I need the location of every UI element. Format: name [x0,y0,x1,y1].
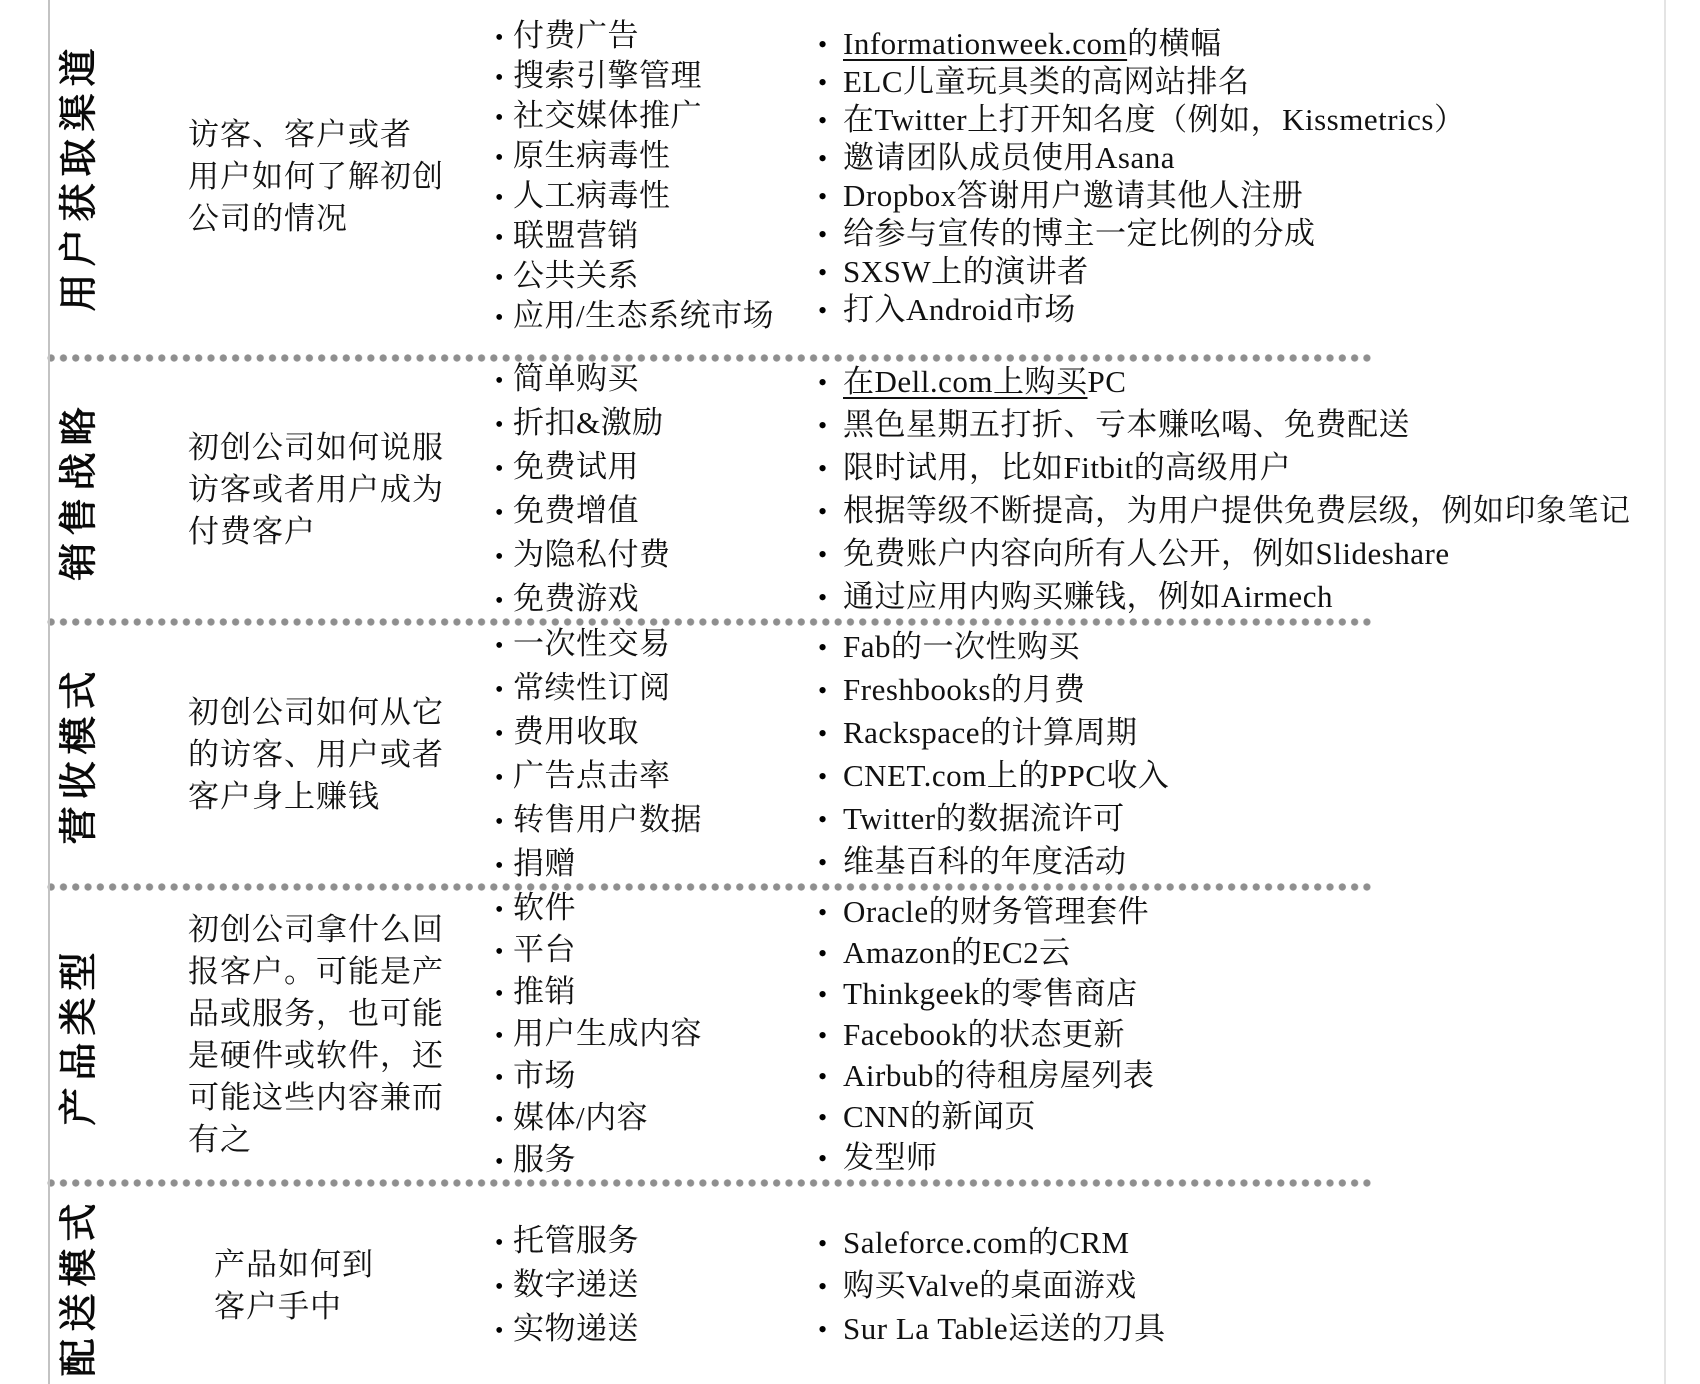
example-list: •Saleforce.com的CRM•购买Valve的桌面游戏•Sur La T… [818,1222,1700,1351]
bullet-icon: • [495,100,513,137]
bullet-icon: • [495,360,513,402]
example-item: •CNN的新闻页 [818,1097,1700,1138]
row-description: 初创公司如何从它 的访客、用户或者 客户身上赚钱 [188,692,495,818]
bullet-icon: • [495,625,513,667]
category-item: •付费广告 [495,17,818,57]
category-text: 人工病毒性 [513,178,671,213]
bullet-icon: • [818,1057,843,1097]
category-item: •免费试用 [495,446,818,490]
bullet-icon: • [818,756,843,798]
bullet-icon: • [818,178,843,215]
category-text: 应用/生态系统市场 [513,298,774,333]
example-item: •CNET.com上的PPC收入 [818,755,1700,798]
bullet-icon: • [495,1058,513,1098]
row-description: 访客、客户或者 用户如何了解初创 公司的情况 [188,114,495,240]
category-text: 付费广告 [513,18,639,53]
category-text: 软件 [513,890,576,925]
example-text-segment: Facebook的状态更新 [843,1017,1125,1052]
row-vertical-label: 配送模式 [48,1196,103,1376]
bullet-icon: • [818,254,843,291]
category-item: •转售用户数据 [495,799,818,843]
bullet-icon: • [495,180,513,217]
example-text-segment: 在Twitter上打开知名度（例如，Kissmetrics） [843,102,1465,137]
table-row-acquisition: 用户获取渠道 访客、客户或者 用户如何了解初创 公司的情况 •付费广告•搜索引擎… [0,0,1700,353]
category-text: 费用收取 [513,714,639,749]
bullet-icon: • [818,405,843,447]
bullet-icon: • [818,216,843,253]
example-text-segment: 免费账户内容向所有人公开，例如Slideshare [843,536,1450,571]
category-item: •服务 [495,1140,818,1182]
example-text-segment: Thinkgeek的零售商店 [843,976,1138,1011]
category-list: •付费广告•搜索引擎管理•社交媒体推广•原生病毒性•人工病毒性•联盟营销•公共关… [495,17,818,337]
example-item: •Oracle的财务管理套件 [818,892,1700,933]
category-text: 媒体/内容 [513,1100,648,1135]
category-list: •一次性交易•常续性订阅•费用收取•广告点击率•转售用户数据•捐赠 [495,623,818,887]
bullet-icon: • [495,1266,513,1308]
bullet-icon: • [818,1309,843,1351]
bullet-icon: • [495,974,513,1014]
category-text: 实物递送 [513,1311,639,1346]
row-vertical-label: 营收模式 [48,664,103,844]
bullet-icon: • [818,713,843,755]
bullet-icon: • [818,1016,843,1056]
bullet-icon: • [495,845,513,887]
bullet-icon: • [495,448,513,490]
bullet-icon: • [495,1100,513,1140]
category-item: •常续性订阅 [495,667,818,711]
example-text-segment: Rackspace的计算周期 [843,715,1138,750]
example-item: •在Twitter上打开知名度（例如，Kissmetrics） [818,101,1700,139]
category-text: 免费增值 [513,493,639,528]
row-vertical-label: 用户获取渠道 [48,41,103,311]
bullet-icon: • [495,890,513,930]
category-item: •免费游戏 [495,578,818,622]
category-item: •广告点击率 [495,755,818,799]
example-text-segment: PC [1088,364,1127,399]
bullet-icon: • [818,1223,843,1265]
category-text: 常续性订阅 [513,670,671,705]
example-text-segment: CNET.com上的PPC收入 [843,758,1169,793]
bullet-icon: • [818,627,843,669]
bullet-icon: • [818,64,843,101]
row-description: 产品如何到 客户手中 [188,1244,495,1328]
category-text: 托管服务 [513,1223,639,1258]
category-text: 平台 [513,932,576,967]
category-text: 为隐私付费 [513,537,671,572]
row-description: 初创公司如何说服 访客或者用户成为 付费客户 [188,427,495,553]
bullet-icon: • [818,362,843,404]
bullet-icon: • [495,713,513,755]
category-text: 广告点击率 [513,758,671,793]
category-text: 捐赠 [513,846,576,881]
bullet-icon: • [818,1098,843,1138]
category-text: 社交媒体推广 [513,98,702,133]
example-item: •邀请团队成员使用Asana [818,139,1700,177]
bullet-icon: • [495,1016,513,1056]
bullet-icon: • [818,1139,843,1179]
row-description: 初创公司拿什么回 报客户。可能是产 品或服务，也可能 是硬件或软件，还 可能这些… [188,909,495,1161]
category-text: 用户生成内容 [513,1016,702,1051]
example-text-segment: 黑色星期五打折、亏本赚吆喝、免费配送 [843,407,1410,442]
example-item: •给参与宣传的博主一定比例的分成 [818,215,1700,253]
table-row-delivery: 配送模式 产品如何到 客户手中 •托管服务•数字递送•实物递送 •Salefor… [0,1188,1700,1384]
example-item: •免费账户内容向所有人公开，例如Slideshare [818,533,1700,576]
example-item: •Rackspace的计算周期 [818,712,1700,755]
example-text-segment: Informationweek.com [843,26,1127,61]
example-item: •发型师 [818,1138,1700,1179]
category-item: •平台 [495,930,818,972]
example-text-segment: 打入Android市场 [843,292,1076,327]
category-item: •应用/生态系统市场 [495,297,818,337]
category-item: •费用收取 [495,711,818,755]
example-text-segment: 在Dell.com上购买 [843,364,1088,399]
example-item: •ELC儿童玩具类的高网站排名 [818,63,1700,101]
example-text-segment: Freshbooks的月费 [843,672,1085,707]
row-vertical-label: 销售战略 [48,400,103,580]
category-item: •托管服务 [495,1220,818,1264]
example-text-segment: Dropbox答谢用户邀请其他人注册 [843,178,1303,213]
category-item: •为隐私付费 [495,534,818,578]
category-text: 免费游戏 [513,581,639,616]
example-text-segment: SXSW上的演讲者 [843,254,1089,289]
category-list: •软件•平台•推销•用户生成内容•市场•媒体/内容•服务 [495,888,818,1182]
example-item: •Thinkgeek的零售商店 [818,974,1700,1015]
bullet-icon: • [495,1222,513,1264]
example-item: •Airbub的待租房屋列表 [818,1056,1700,1097]
category-item: •推销 [495,972,818,1014]
bullet-icon: • [818,799,843,841]
example-item: •Freshbooks的月费 [818,669,1700,712]
bullet-icon: • [818,975,843,1015]
example-item: •Informationweek.com的横幅 [818,25,1700,63]
bullet-icon: • [495,801,513,843]
example-text-segment: 通过应用内购买赚钱，例如Airmech [843,579,1333,614]
example-text-segment: 邀请团队成员使用Asana [843,140,1175,175]
example-text-segment: Fab的一次性购买 [843,629,1080,664]
example-text-segment: 的横幅 [1127,26,1222,61]
bullet-icon: • [818,491,843,533]
example-item: •通过应用内购买赚钱，例如Airmech [818,576,1700,619]
category-item: •折扣&激励 [495,402,818,446]
bullet-icon: • [818,893,843,933]
bullet-icon: • [495,60,513,97]
example-item: •Facebook的状态更新 [818,1015,1700,1056]
example-list: •Informationweek.com的横幅•ELC儿童玩具类的高网站排名•在… [818,25,1700,329]
category-item: •简单购买 [495,358,818,402]
category-item: •媒体/内容 [495,1098,818,1140]
category-text: 搜索引擎管理 [513,58,702,93]
example-item: •打入Android市场 [818,291,1700,329]
bullet-icon: • [495,669,513,711]
example-text-segment: 限时试用，比如Fitbit的高级用户 [843,450,1291,485]
bullet-icon: • [495,260,513,297]
example-item: •维基百科的年度活动 [818,841,1700,884]
example-item: •限时试用，比如Fitbit的高级用户 [818,447,1700,490]
example-list: •Fab的一次性购买•Freshbooks的月费•Rackspace的计算周期•… [818,626,1700,884]
example-item: •根据等级不断提高，为用户提供免费层级，例如印象笔记 [818,490,1700,533]
category-text: 市场 [513,1058,576,1093]
bullet-icon: • [818,670,843,712]
example-item: •Dropbox答谢用户邀请其他人注册 [818,177,1700,215]
bullet-icon: • [818,577,843,619]
bullet-icon: • [495,932,513,972]
table-body: 用户获取渠道 访客、客户或者 用户如何了解初创 公司的情况 •付费广告•搜索引擎… [0,0,1700,1384]
example-item: •Saleforce.com的CRM [818,1222,1700,1265]
example-list: •Oracle的财务管理套件•Amazon的EC2云•Thinkgeek的零售商… [818,892,1700,1179]
category-item: •公共关系 [495,257,818,297]
example-item: •Amazon的EC2云 [818,933,1700,974]
table-row-product: 产品类型 初创公司拿什么回 报客户。可能是产 品或服务，也可能 是硬件或软件，还… [0,892,1700,1178]
table-row-sales: 销售战略 初创公司如何说服 访客或者用户成为 付费客户 •简单购买•折扣&激励•… [0,363,1700,617]
bullet-icon: • [818,934,843,974]
category-text: 服务 [513,1142,576,1177]
category-list: •简单购买•折扣&激励•免费试用•免费增值•为隐私付费•免费游戏 [495,358,818,622]
bullet-icon: • [818,842,843,884]
example-text-segment: Sur La Table运送的刀具 [843,1311,1166,1346]
category-text: 一次性交易 [513,626,671,661]
category-item: •软件 [495,888,818,930]
bullet-icon: • [495,20,513,57]
category-text: 推销 [513,974,576,1009]
bullet-icon: • [495,220,513,257]
bullet-icon: • [818,26,843,63]
category-item: •用户生成内容 [495,1014,818,1056]
example-list: •在Dell.com上购买PC•黑色星期五打折、亏本赚吆喝、免费配送•限时试用，… [818,361,1700,619]
example-item: •Sur La Table运送的刀具 [818,1308,1700,1351]
bullet-icon: • [495,1142,513,1182]
category-item: •免费增值 [495,490,818,534]
category-text: 转售用户数据 [513,802,702,837]
bullet-icon: • [818,448,843,490]
category-text: 原生病毒性 [513,138,671,173]
example-item: •SXSW上的演讲者 [818,253,1700,291]
bullet-icon: • [495,140,513,177]
scanned-table-page: 用户获取渠道 访客、客户或者 用户如何了解初创 公司的情况 •付费广告•搜索引擎… [0,0,1700,1384]
category-item: •原生病毒性 [495,137,818,177]
bullet-icon: • [818,140,843,177]
bullet-icon: • [495,300,513,337]
row-vertical-label: 产品类型 [48,945,103,1125]
example-item: •Fab的一次性购买 [818,626,1700,669]
example-item: •黑色星期五打折、亏本赚吆喝、免费配送 [818,404,1700,447]
example-text-segment: Airbub的待租房屋列表 [843,1058,1154,1093]
example-item: •在Dell.com上购买PC [818,361,1700,404]
example-item: •购买Valve的桌面游戏 [818,1265,1700,1308]
bullet-icon: • [495,492,513,534]
example-text-segment: 购买Valve的桌面游戏 [843,1268,1137,1303]
bullet-icon: • [495,536,513,578]
bullet-icon: • [495,580,513,622]
category-item: •社交媒体推广 [495,97,818,137]
category-text: 联盟营销 [513,218,639,253]
category-item: •市场 [495,1056,818,1098]
category-text: 免费试用 [513,449,639,484]
category-list: •托管服务•数字递送•实物递送 [495,1220,818,1352]
bullet-icon: • [818,1266,843,1308]
example-item: •Twitter的数据流许可 [818,798,1700,841]
example-text-segment: Saleforce.com的CRM [843,1225,1130,1260]
example-text-segment: Oracle的财务管理套件 [843,894,1149,929]
category-text: 公共关系 [513,258,639,293]
category-item: •人工病毒性 [495,177,818,217]
category-item: •搜索引擎管理 [495,57,818,97]
example-text-segment: Twitter的数据流许可 [843,801,1125,836]
example-text-segment: 给参与宣传的博主一定比例的分成 [843,216,1316,251]
table-row-revenue: 营收模式 初创公司如何从它 的访客、用户或者 客户身上赚钱 •一次性交易•常续性… [0,627,1700,882]
bullet-icon: • [495,1310,513,1352]
category-text: 数字递送 [513,1267,639,1302]
example-text-segment: 维基百科的年度活动 [843,844,1127,879]
example-text-segment: 发型师 [843,1140,938,1175]
bullet-icon: • [495,404,513,446]
example-text-segment: 根据等级不断提高，为用户提供免费层级，例如印象笔记 [843,493,1631,528]
bullet-icon: • [818,102,843,139]
category-text: 折扣&激励 [513,405,664,440]
bullet-icon: • [818,534,843,576]
category-item: •一次性交易 [495,623,818,667]
category-item: •数字递送 [495,1264,818,1308]
example-text-segment: CNN的新闻页 [843,1099,1036,1134]
category-item: •联盟营销 [495,217,818,257]
example-text-segment: ELC儿童玩具类的高网站排名 [843,64,1250,99]
bullet-icon: • [818,292,843,329]
bullet-icon: • [495,757,513,799]
category-text: 简单购买 [513,361,639,396]
example-text-segment: Amazon的EC2云 [843,935,1071,970]
category-item: •实物递送 [495,1308,818,1352]
category-item: •捐赠 [495,843,818,887]
